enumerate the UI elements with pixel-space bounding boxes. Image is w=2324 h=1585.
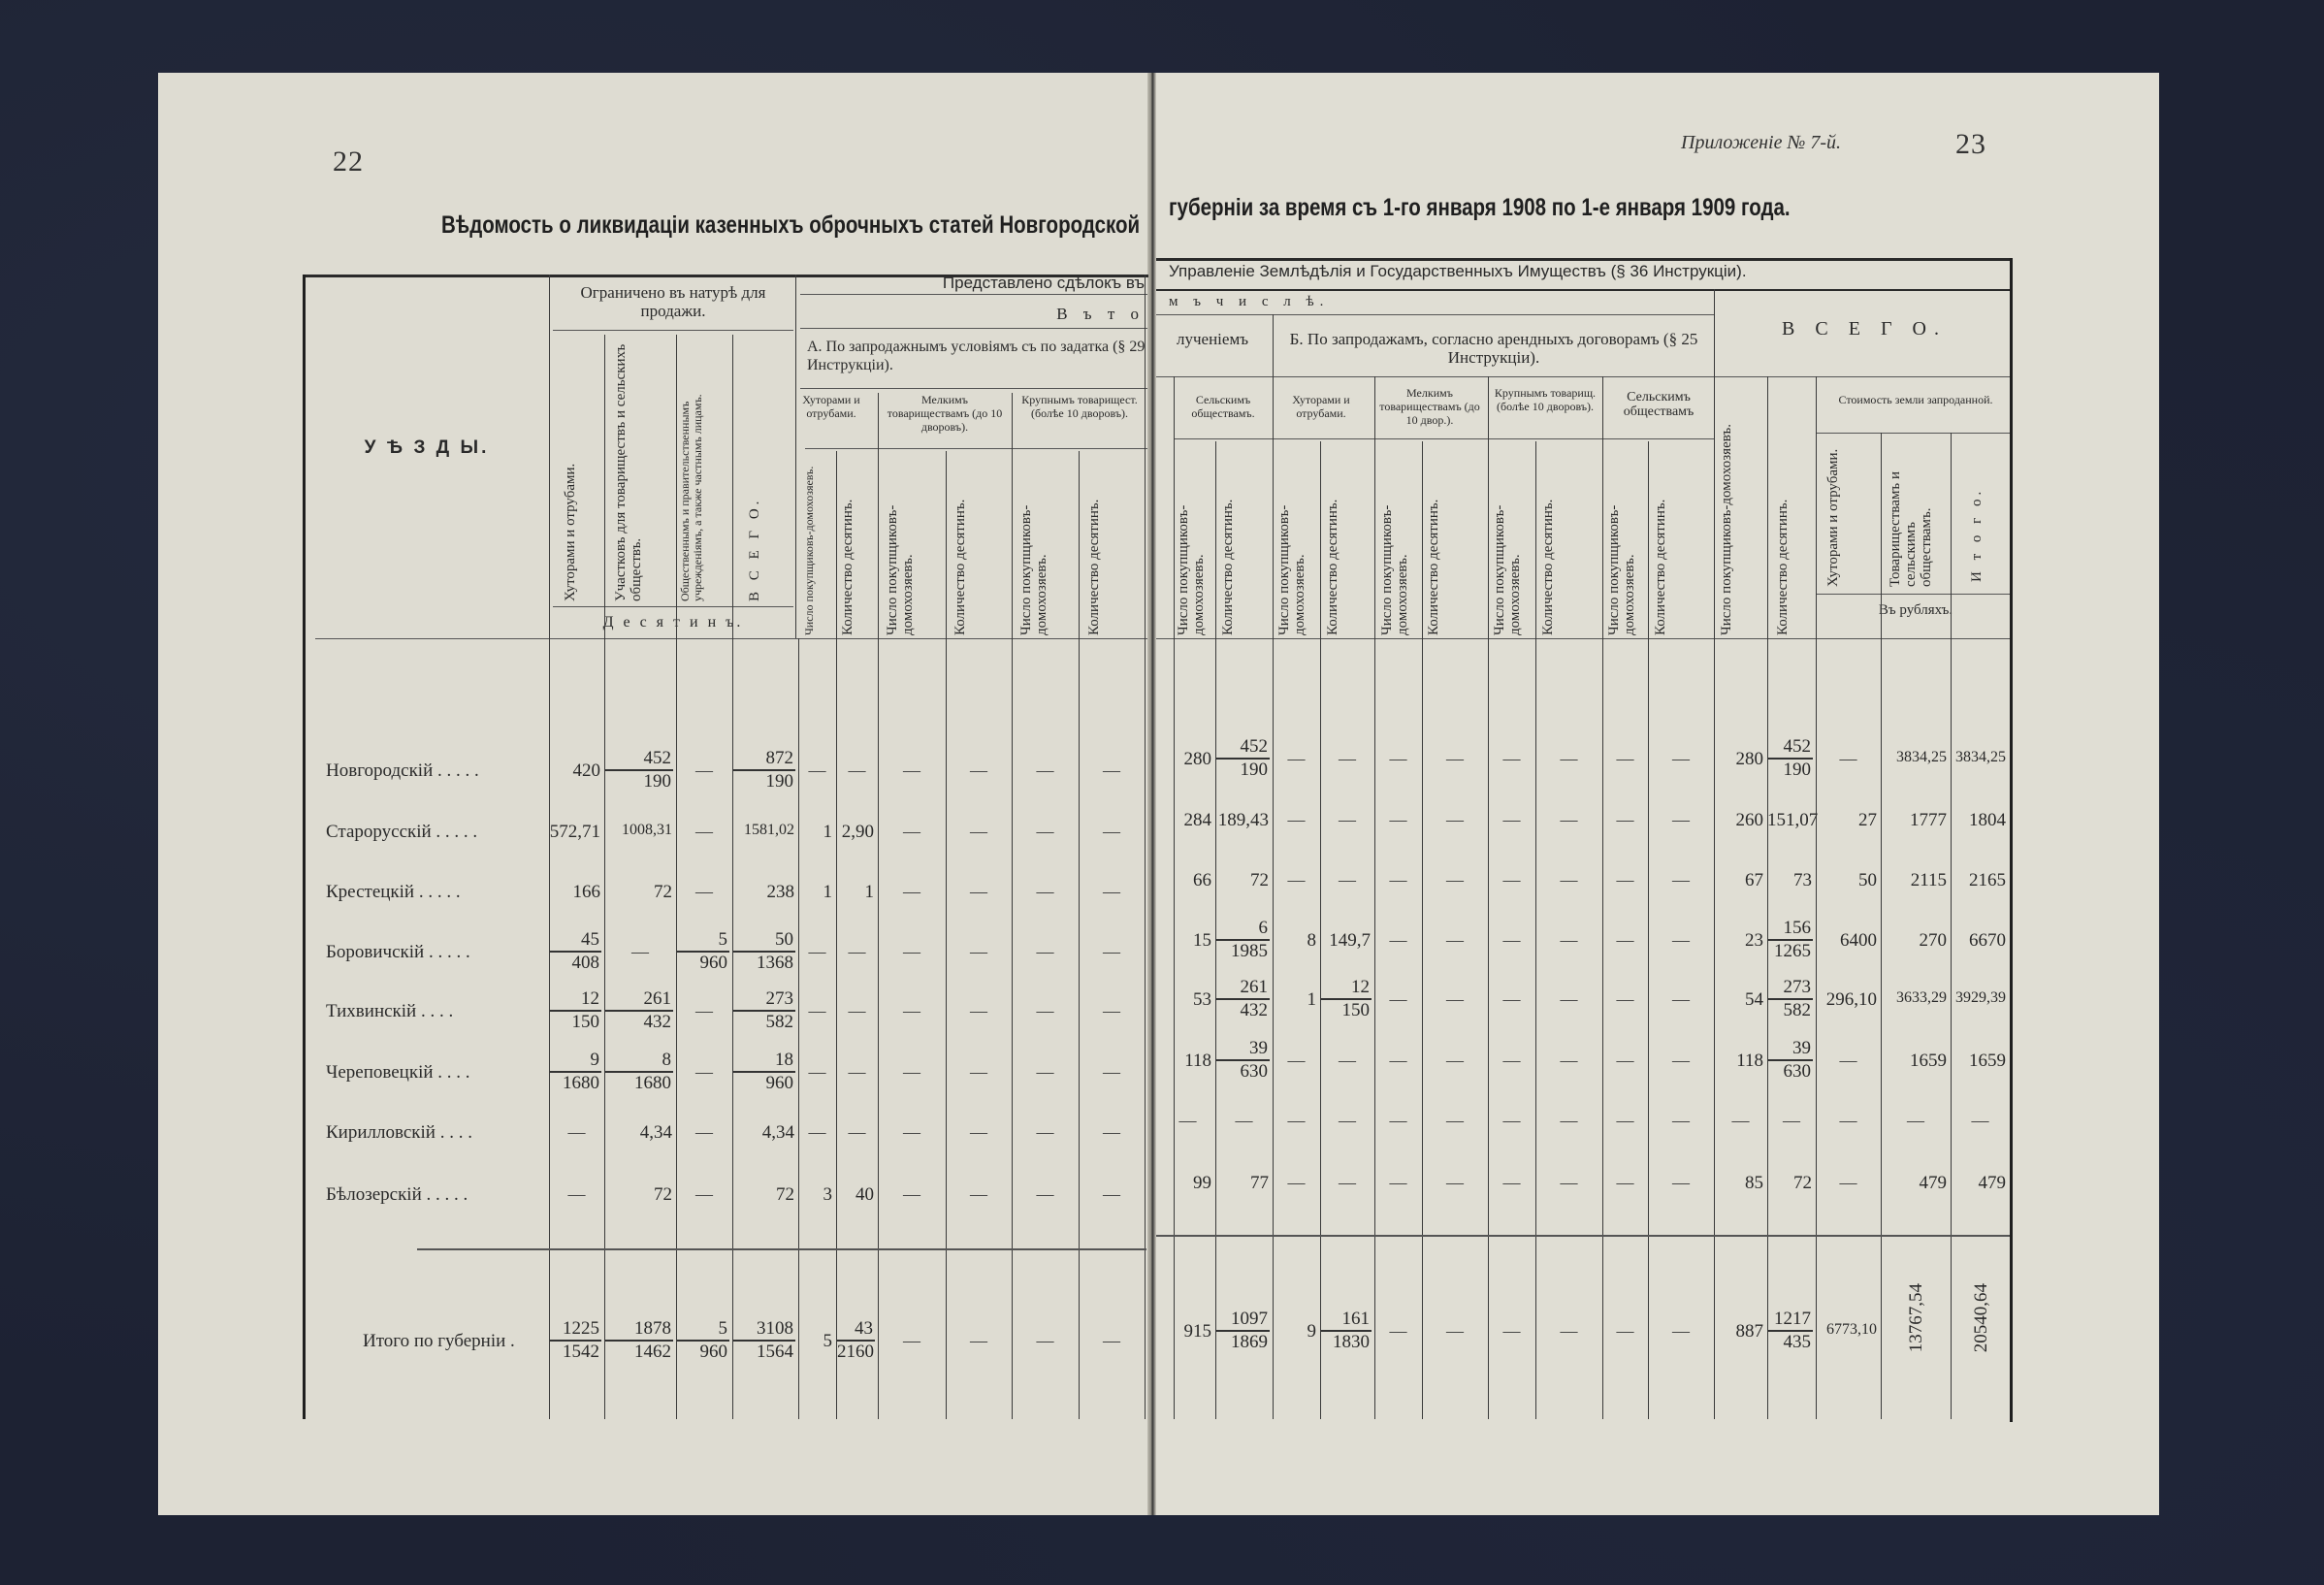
denominator: 582: [733, 1010, 795, 1033]
value-cell: 67: [1714, 870, 1763, 891]
value-cell: 73: [1767, 870, 1812, 891]
empty-cell: —: [1012, 1062, 1079, 1083]
value-cell: 3834,25: [1881, 749, 1947, 766]
value-cell: 2,90: [836, 822, 874, 843]
fraction-cell: 18781462: [607, 1318, 673, 1363]
value-cell: 27: [1816, 810, 1877, 831]
empty-cell: —: [1079, 1001, 1145, 1021]
value-cell: 54: [1714, 989, 1763, 1011]
numerator: 452: [1241, 736, 1271, 758]
empty-cell: —: [1488, 870, 1535, 890]
empty-cell: —: [1374, 749, 1422, 769]
header-rule: [1156, 376, 2010, 377]
denominator: 432: [605, 1010, 673, 1033]
numerator: 8: [662, 1050, 674, 1071]
empty-cell: —: [1374, 1173, 1422, 1193]
empty-cell: —: [1012, 822, 1079, 842]
empty-cell: —: [1374, 1111, 1422, 1131]
value-cell: 23: [1714, 930, 1763, 952]
col-a3-count: Число покупщиковъ-домохозяевъ.: [1018, 461, 1057, 635]
empty-cell: —: [1079, 822, 1145, 842]
header-rule: [800, 388, 1147, 389]
denominator: 150: [550, 1010, 601, 1033]
fraction-cell: 39630: [1218, 1038, 1270, 1083]
uezd-name: Новгородскій . . . . .: [326, 760, 479, 782]
numerator: 39: [1249, 1038, 1270, 1059]
empty-cell: —: [1422, 1111, 1488, 1131]
group-b-khutor: Хуторами и отрубами.: [1275, 393, 1368, 420]
col-a4-area: Количество десятинъ.: [1220, 456, 1259, 635]
empty-cell: —: [1273, 870, 1320, 890]
empty-cell: —: [836, 1062, 878, 1083]
empty-cell: —: [1488, 989, 1535, 1010]
col-cost-itogo: И т о г о.: [1969, 466, 1992, 582]
empty-cell: —: [1422, 930, 1488, 951]
empty-cell: —: [836, 1001, 878, 1021]
empty-cell: —: [1079, 1062, 1145, 1083]
col-vsego: В С Е Г О.: [747, 466, 782, 601]
col-divider: [1012, 393, 1013, 1419]
empty-cell: —: [1535, 1321, 1602, 1342]
fraction-cell: 5960: [679, 929, 729, 974]
col-divider: [878, 393, 879, 1419]
value-cell: 1804: [1951, 810, 2006, 831]
empty-cell: —: [798, 1062, 836, 1083]
empty-cell: —: [1422, 1173, 1488, 1193]
empty-cell: —: [946, 1122, 1012, 1143]
value-cell: 20540,64: [1971, 1283, 1992, 1352]
right-table-right-border: [2010, 258, 2013, 1422]
empty-cell: —: [1488, 749, 1535, 769]
col-a4-count: Число покупщиковъ-домохозяевъ.: [1176, 456, 1212, 635]
value-cell: 72: [604, 882, 672, 903]
total-separator-right: [1156, 1235, 2010, 1237]
upravlenie-header: Управленіе Землѣдѣлія и Государственныхъ…: [1169, 262, 2003, 280]
ogranicheno-header: Ограничено въ натурѣ для продажи.: [555, 283, 791, 320]
col-total-count: Число покупщиковъ-домохозяевъ.: [1719, 407, 1758, 635]
empty-cell: —: [1535, 749, 1602, 769]
value-cell: 66: [1160, 870, 1211, 891]
empty-cell: —: [1374, 1321, 1422, 1342]
denominator: 435: [1768, 1330, 1813, 1353]
denominator: 1869: [1216, 1330, 1270, 1353]
predstavleno-header: Представлено сдѣлокъ въ: [805, 274, 1145, 292]
denominator: 150: [1321, 998, 1372, 1021]
value-cell: 6670: [1951, 930, 2006, 952]
value-cell: 3834,25: [1951, 749, 2006, 766]
empty-cell: —: [1648, 1321, 1714, 1342]
empty-cell: —: [878, 760, 946, 781]
empty-cell: —: [946, 822, 1012, 842]
empty-cell: —: [1374, 810, 1422, 830]
value-cell: 280: [1160, 749, 1211, 770]
numerator: 273: [766, 988, 796, 1010]
value-cell: 99: [1160, 1173, 1211, 1194]
v-tom-right: м ъ ч и с л ѣ.: [1169, 293, 1557, 311]
value-cell: 3: [798, 1184, 832, 1206]
col-a2-area: Количество десятинъ.: [952, 461, 991, 635]
empty-cell: —: [1012, 760, 1079, 781]
col-divider: [1215, 441, 1216, 1419]
col-divider: [836, 451, 837, 1419]
fraction-cell: 5960: [679, 1318, 729, 1363]
empty-cell: —: [1602, 989, 1648, 1010]
uezd-name: Кирилловскій . . . .: [326, 1122, 472, 1144]
col-divider: [1881, 433, 1882, 1419]
right-page-number: 23: [1955, 128, 1986, 161]
empty-cell: —: [676, 822, 732, 842]
value-cell: 5: [798, 1331, 832, 1352]
header-rule: [553, 330, 793, 331]
col-total-area: Количество десятинъ.: [1775, 407, 1804, 635]
empty-cell: —: [1320, 1051, 1374, 1071]
fraction-cell: 872190: [735, 748, 795, 792]
col-divider: [1488, 376, 1489, 1419]
fraction-cell: 1611830: [1323, 1309, 1372, 1353]
fraction-cell: 12150: [1323, 977, 1372, 1021]
empty-cell: —: [676, 1062, 732, 1083]
v-rublyakh-label: Въ рубляхъ.: [1824, 601, 2008, 620]
numerator: 161: [1342, 1309, 1372, 1330]
col-divider: [1273, 314, 1274, 1419]
value-cell: 77: [1215, 1173, 1269, 1194]
value-cell: 1: [836, 882, 874, 903]
denominator: 630: [1768, 1059, 1813, 1083]
empty-cell: —: [878, 822, 946, 842]
value-cell: 72: [604, 1184, 672, 1206]
empty-cell: —: [1535, 989, 1602, 1010]
empty-cell: —: [1012, 1001, 1079, 1021]
header-rule: [1174, 438, 1714, 439]
value-cell: 3633,29: [1881, 989, 1947, 1007]
left-header-bottom-rule: [315, 638, 1147, 639]
header-rule: [1816, 594, 2010, 595]
section-a-header: А. По запродажнымъ условіямъ съ по задат…: [807, 338, 1146, 374]
value-cell: 85: [1714, 1173, 1763, 1194]
empty-cell: —: [1881, 1111, 1951, 1131]
col-b2-count: Число покупщиковъ-домохозяевъ.: [1379, 456, 1418, 635]
empty-cell: —: [946, 942, 1012, 962]
value-cell: 479: [1881, 1173, 1947, 1194]
empty-cell: —: [878, 882, 946, 902]
value-cell: 1659: [1881, 1051, 1947, 1072]
col-uchastkov: Участковъ для товариществъ и сельскихъ о…: [613, 335, 662, 601]
empty-cell: —: [1602, 1111, 1648, 1131]
desyatin-label: Д е с я т и н ъ.: [555, 613, 791, 631]
value-cell: 6773,10: [1816, 1321, 1877, 1339]
uezd-name: Старорусскій . . . . .: [326, 822, 477, 843]
value-cell: 6400: [1816, 930, 1877, 952]
header-rule: [800, 328, 1147, 329]
value-cell: 420: [549, 760, 600, 782]
empty-cell: —: [676, 1001, 732, 1021]
empty-cell: —: [549, 1122, 604, 1143]
value-cell: 1: [1273, 989, 1316, 1011]
col-obshchestv: Общественнымъ и правительственнымъ учреж…: [679, 335, 727, 601]
denominator: 630: [1216, 1059, 1270, 1083]
empty-cell: —: [1422, 1321, 1488, 1342]
numerator: 261: [1241, 977, 1271, 998]
value-cell: 260: [1714, 810, 1763, 831]
numerator: 1217: [1774, 1309, 1813, 1330]
empty-cell: —: [1535, 1173, 1602, 1193]
empty-cell: —: [1602, 930, 1648, 951]
empty-cell: —: [1012, 942, 1079, 962]
value-cell: 118: [1160, 1051, 1211, 1072]
numerator: 452: [1784, 736, 1814, 758]
denominator: 190: [1216, 758, 1270, 781]
empty-cell: —: [549, 1184, 604, 1205]
denominator: 432: [1216, 998, 1270, 1021]
col-cost-khutor: Хуторами и отрубами.: [1825, 441, 1866, 587]
empty-cell: —: [946, 1001, 1012, 1021]
numerator: 45: [581, 929, 601, 951]
fraction-cell: 1217435: [1770, 1309, 1813, 1353]
value-cell: 189,43: [1215, 810, 1269, 831]
empty-cell: —: [798, 1001, 836, 1021]
numerator: 452: [644, 748, 674, 769]
value-cell: 3929,39: [1951, 989, 2006, 1007]
value-cell: 1: [798, 882, 832, 903]
value-cell: 15: [1160, 930, 1211, 952]
fraction-cell: 501368: [735, 929, 795, 974]
empty-cell: —: [1648, 810, 1714, 830]
numerator: 273: [1784, 977, 1814, 998]
numerator: 50: [775, 929, 795, 951]
empty-cell: —: [1320, 749, 1374, 769]
vsego-header: В С Е Г О.: [1719, 320, 2010, 339]
numerator: 1225: [563, 1318, 601, 1340]
col-a1-count: Число покупщиковъ-домохозяевъ.: [803, 461, 832, 635]
value-cell: 50: [1816, 870, 1877, 891]
col-a3-area: Количество десятинъ.: [1086, 461, 1125, 635]
empty-cell: —: [1816, 749, 1881, 769]
value-cell: 4,34: [732, 1122, 794, 1144]
value-cell: 13767,54: [1906, 1283, 1927, 1352]
fraction-cell: 432160: [839, 1318, 875, 1363]
col-b3-count: Число покупщиковъ-домохозяевъ.: [1492, 456, 1531, 635]
denominator: 408: [550, 951, 601, 974]
empty-cell: —: [1422, 810, 1488, 830]
uezd-name: Бѣлозерскій . . . . .: [326, 1184, 468, 1206]
empty-cell: —: [1488, 1051, 1535, 1071]
empty-cell: —: [1320, 1173, 1374, 1193]
empty-cell: —: [1648, 1051, 1714, 1071]
value-cell: 149,7: [1320, 930, 1371, 952]
title-right: губерніи за время съ 1-го января 1908 по…: [1169, 194, 1791, 222]
total-separator: [417, 1248, 1146, 1250]
value-cell: 1: [798, 822, 832, 843]
numerator: 5: [719, 1318, 730, 1340]
numerator: 12: [581, 988, 601, 1010]
empty-cell: —: [1488, 1111, 1535, 1131]
value-cell: 9: [1273, 1321, 1316, 1342]
right-header-rule: [1156, 289, 2010, 291]
v-tom-left: В ъ т о: [805, 305, 1145, 323]
col-divider: [549, 275, 550, 1419]
empty-cell: —: [1374, 989, 1422, 1010]
denominator: 1368: [733, 951, 795, 974]
empty-cell: —: [878, 1331, 946, 1351]
denominator: 582: [1768, 998, 1813, 1021]
denominator: 1830: [1321, 1330, 1372, 1353]
col-b3-area: Количество десятинъ.: [1540, 456, 1579, 635]
empty-cell: —: [878, 1062, 946, 1083]
fraction-cell: 10971869: [1218, 1309, 1270, 1353]
col-b4-area: Количество десятинъ.: [1653, 456, 1692, 635]
header-rule: [553, 606, 793, 607]
empty-cell: —: [878, 942, 946, 962]
numerator: 1097: [1231, 1309, 1270, 1330]
empty-cell: —: [1012, 1184, 1079, 1205]
value-cell: 53: [1160, 989, 1211, 1011]
empty-cell: —: [836, 942, 878, 962]
empty-cell: —: [946, 1184, 1012, 1205]
empty-cell: —: [1273, 1051, 1320, 1071]
group-b-selsk: Сельскимъ обществамъ: [1604, 390, 1713, 419]
empty-cell: —: [1079, 1122, 1145, 1143]
denominator: 1462: [605, 1340, 673, 1363]
value-cell: 2115: [1881, 870, 1947, 891]
group-a-khutor: Хуторами и отрубами.: [800, 393, 862, 420]
empty-cell: —: [1648, 1173, 1714, 1193]
value-cell: 1581,02: [732, 822, 794, 839]
uezd-name: Боровичскій . . . . .: [326, 942, 470, 963]
empty-cell: —: [1012, 882, 1079, 902]
numerator: 261: [644, 988, 674, 1010]
denominator: 1265: [1768, 939, 1813, 962]
numerator: 1878: [634, 1318, 673, 1340]
col-a2-count: Число покупщиковъ-домохозяевъ.: [885, 461, 923, 635]
col-divider: [1374, 376, 1375, 1419]
empty-cell: —: [878, 1184, 946, 1205]
value-cell: 4,34: [604, 1122, 672, 1144]
value-cell: 2165: [1951, 870, 2006, 891]
numerator: 39: [1792, 1038, 1813, 1059]
empty-cell: —: [798, 1122, 836, 1143]
col-divider: [1145, 275, 1146, 1419]
denominator: 2160: [837, 1340, 875, 1363]
col-divider: [732, 335, 733, 1419]
value-cell: 296,10: [1816, 989, 1877, 1011]
empty-cell: —: [1535, 810, 1602, 830]
group-a-large: Крупнымъ товарищест. (болѣе 10 дворовъ).: [1014, 393, 1146, 420]
value-cell: 1777: [1881, 810, 1947, 831]
empty-cell: —: [1079, 882, 1145, 902]
empty-cell: —: [604, 942, 676, 962]
fraction-cell: 45408: [552, 929, 601, 974]
col-b1-count: Число покупщиковъ-домохозяевъ.: [1276, 456, 1315, 635]
fraction-cell: 18960: [735, 1050, 795, 1094]
value-cell: 915: [1160, 1321, 1211, 1342]
col-divider: [1079, 451, 1080, 1419]
value-cell: 1659: [1951, 1051, 2006, 1072]
value-cell: 572,71: [549, 822, 600, 843]
empty-cell: —: [946, 1331, 1012, 1351]
value-cell: 72: [732, 1184, 794, 1206]
empty-cell: —: [1374, 870, 1422, 890]
col-divider: [604, 335, 605, 1419]
denominator: 960: [677, 951, 729, 974]
group-a-selsk: Сельскимъ обществамъ.: [1176, 393, 1271, 420]
empty-cell: —: [1422, 1051, 1488, 1071]
empty-cell: —: [1535, 930, 1602, 951]
empty-cell: —: [798, 942, 836, 962]
right-table-top-rule: [1156, 258, 2010, 261]
col-divider: [946, 451, 947, 1419]
fraction-cell: 91680: [552, 1050, 601, 1094]
empty-cell: —: [836, 760, 878, 781]
numerator: 3108: [757, 1318, 795, 1340]
fraction-cell: 261432: [607, 988, 673, 1033]
stoimost-header: Стоимость земли запроданной.: [1824, 393, 2008, 406]
empty-cell: —: [1079, 1184, 1145, 1205]
empty-cell: —: [1488, 930, 1535, 951]
empty-cell: —: [1602, 1051, 1648, 1071]
numerator: 12: [1351, 977, 1372, 998]
value-cell: 72: [1215, 870, 1269, 891]
empty-cell: —: [1535, 1051, 1602, 1071]
col-divider: [1951, 433, 1952, 1419]
empty-cell: —: [1160, 1111, 1215, 1131]
empty-cell: —: [1012, 1122, 1079, 1143]
value-cell: 270: [1881, 930, 1947, 952]
empty-cell: —: [1215, 1111, 1273, 1131]
col-divider: [795, 275, 796, 638]
numerator: 5: [719, 929, 730, 951]
empty-cell: —: [1273, 1111, 1320, 1131]
empty-cell: —: [1488, 1321, 1535, 1342]
col-b1-area: Количество десятинъ.: [1325, 456, 1364, 635]
empty-cell: —: [1422, 870, 1488, 890]
empty-cell: —: [1012, 1331, 1079, 1351]
empty-cell: —: [1816, 1111, 1881, 1131]
header-rule: [805, 448, 1147, 449]
empty-cell: —: [946, 760, 1012, 781]
header-rule: [1816, 433, 2010, 434]
empty-cell: —: [1816, 1051, 1881, 1071]
empty-cell: —: [676, 760, 732, 781]
fraction-cell: 12251542: [552, 1318, 601, 1363]
fraction-cell: 31081564: [735, 1318, 795, 1363]
book-gutter: [1147, 73, 1156, 1515]
numerator: 18: [775, 1050, 795, 1071]
empty-cell: —: [1767, 1111, 1816, 1131]
header-rule: [800, 294, 1147, 295]
fraction-cell: 39630: [1770, 1038, 1813, 1083]
empty-cell: —: [1488, 1173, 1535, 1193]
empty-cell: —: [1648, 749, 1714, 769]
uezdy-header: У Ѣ З Д Ы.: [330, 438, 524, 457]
empty-cell: —: [1374, 1051, 1422, 1071]
denominator: 1680: [605, 1071, 673, 1094]
group-b-small: Мелкимъ товариществамъ (до 10 двор.).: [1375, 386, 1484, 427]
empty-cell: —: [1488, 810, 1535, 830]
col-a1-area: Количество десятинъ.: [840, 461, 875, 635]
denominator: 960: [677, 1340, 729, 1363]
empty-cell: —: [1602, 749, 1648, 769]
numerator: 6: [1259, 918, 1271, 939]
col-divider: [1602, 376, 1603, 1419]
group-b-large: Крупнымъ товарищ. (болѣе 10 дворовъ).: [1490, 386, 1600, 413]
value-cell: 280: [1714, 749, 1763, 770]
value-cell: 479: [1951, 1173, 2006, 1194]
empty-cell: —: [946, 882, 1012, 902]
denominator: 960: [733, 1071, 795, 1094]
fraction-cell: 452190: [1218, 736, 1270, 781]
denominator: 190: [605, 769, 673, 792]
empty-cell: —: [1320, 1111, 1374, 1131]
